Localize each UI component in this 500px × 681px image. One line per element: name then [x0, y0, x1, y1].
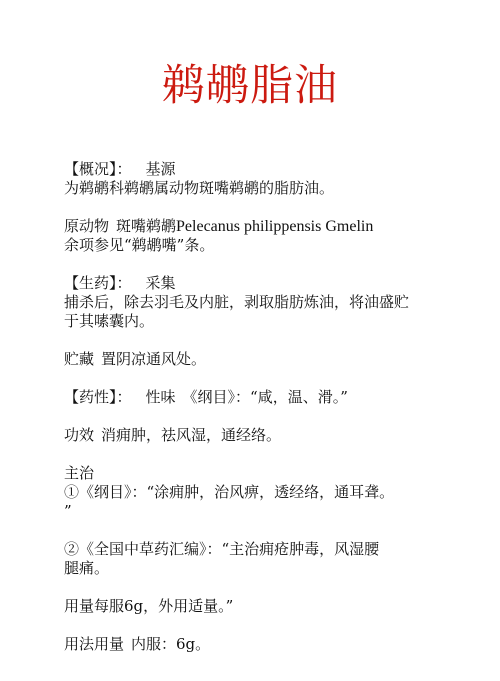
indications-item1-line1: ①《纲目》：“涂痈肿，治风痹，透经络，通耳聋。 [64, 483, 444, 502]
dosage-line: 用法用量内服：6g。 [64, 635, 444, 654]
raw-drug-heading: 【生药】： [64, 274, 132, 292]
efficacy-text: 消痈肿，祛风湿，通经络。 [101, 426, 281, 444]
storage-line: 贮藏置阴凉通风处。 [64, 350, 444, 369]
origin-note: 余项参见“鹈鹕嘴”条。 [64, 236, 444, 255]
properties-label: 性味 [146, 388, 176, 406]
efficacy-line: 功效消痈肿，祛风湿，通经络。 [64, 426, 444, 445]
storage-label: 贮藏 [64, 350, 94, 368]
properties-text: 《纲目》：“咸，温、滑。” [183, 388, 348, 406]
storage-text: 置阴凉通风处。 [101, 350, 206, 368]
indications-item1-line2: ” [64, 502, 444, 521]
raw-drug-subheading: 采集 [146, 274, 176, 292]
indications-label: 主治 [64, 464, 444, 483]
overview-text: 为鹈鹕科鹈鹕属动物斑嘴鹈鹕的脂肪油。 [64, 179, 444, 198]
document-body: 【概况】：基源 为鹈鹕科鹈鹕属动物斑嘴鹈鹕的脂肪油。 原动物斑嘴鹈鹕Peleca… [64, 160, 444, 654]
raw-drug-text-2: 于其嗉囊内。 [64, 312, 444, 331]
indications-item2-line2: 腿痛。 [64, 559, 444, 578]
dosage-text: 内服：6g。 [131, 635, 210, 653]
origin-line: 原动物斑嘴鹈鹕Pelecanus philippensis Gmelin [64, 217, 444, 236]
raw-drug-text-1: 捕杀后，除去羽毛及内脏，剥取脂肪炼油，将油盛贮 [64, 293, 444, 312]
properties-heading: 【药性】： [64, 388, 132, 406]
page-title: 鹈鹕脂油 [0, 56, 500, 116]
origin-name-latin: Pelecanus philippensis Gmelin [176, 218, 373, 235]
overview-heading-line: 【概况】：基源 [64, 160, 444, 179]
origin-name-cn: 斑嘴鹈鹕 [116, 217, 176, 235]
properties-line: 【药性】：性味《纲目》：“咸，温、滑。” [64, 388, 444, 407]
overview-heading: 【概况】： [64, 160, 132, 178]
overview-subheading: 基源 [146, 160, 176, 178]
raw-drug-heading-line: 【生药】：采集 [64, 274, 444, 293]
indications-item2-line1: ②《全国中草药汇编》：“主治痈疮肿毒，风湿腰 [64, 540, 444, 559]
indications-item2-line3: 用量每服6g，外用适量。” [64, 597, 444, 616]
origin-label: 原动物 [64, 217, 109, 235]
dosage-label: 用法用量 [64, 635, 124, 653]
efficacy-label: 功效 [64, 426, 94, 444]
